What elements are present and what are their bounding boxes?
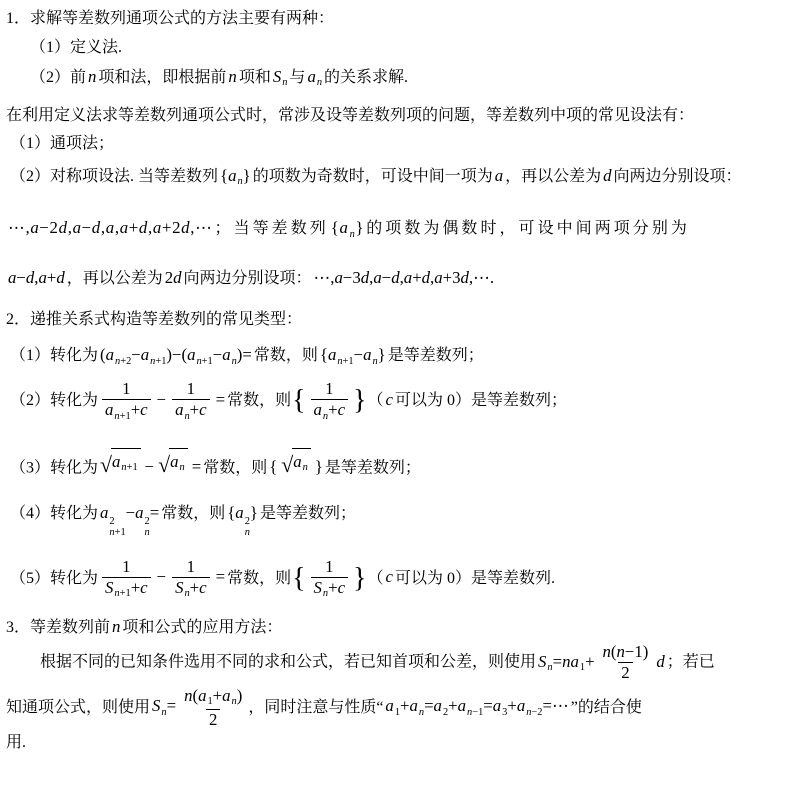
fraction-numerator: 1 <box>120 379 132 399</box>
math-token: )−( <box>166 345 187 364</box>
math-token: −1) <box>625 642 648 661</box>
math-token: ,⋯. <box>469 268 494 287</box>
math-expression: − <box>145 457 154 476</box>
application-line-2: 知通项公式，则使用Sn=n(a1+an)2，同时注意与性质“a1+an=a2+a… <box>6 686 782 730</box>
math-token: = <box>553 652 562 671</box>
math-token: + <box>129 218 139 237</box>
math-token: { <box>331 218 340 237</box>
math-token: + <box>507 696 516 715</box>
math-token: a <box>153 218 162 237</box>
fraction: 1an+c <box>172 379 210 423</box>
math-token: = <box>483 696 492 715</box>
math-expression: Sn= <box>152 696 176 715</box>
math-expression: n <box>228 67 236 86</box>
fraction: 1Sn+1+c <box>102 557 151 601</box>
application-line-1: 根据不同的已知条件选用不同的求和公式，若已知首项和公差，则使用Sn=na1+n(… <box>40 642 782 683</box>
math-token: c <box>140 578 147 597</box>
math-expression: {an} <box>220 166 251 185</box>
item-1-method-2: （2）前n项和法，即根据前n项和Sn与an的关系求解. <box>30 65 782 91</box>
math-token: a <box>458 696 466 715</box>
math-token: c <box>386 567 393 586</box>
math-expression: a−d,a+d <box>8 268 65 287</box>
text-run: 常数，则 <box>161 505 225 522</box>
math-token: − <box>131 345 140 364</box>
math-token: a <box>335 268 343 287</box>
math-token: a <box>73 218 82 237</box>
math-token: a <box>307 67 315 86</box>
math-token: a <box>170 452 178 471</box>
text-run: ；若已 <box>667 654 715 671</box>
text-run: 的关系求解. <box>324 69 408 86</box>
math-expression: a2n+1−a2n= <box>100 503 159 522</box>
math-token: c <box>338 400 345 419</box>
math-token: − <box>82 218 92 237</box>
fraction-numerator: 1 <box>323 379 335 399</box>
radicand: an+1 <box>111 448 141 476</box>
text-run: ，再以公差为 <box>505 168 601 185</box>
radical-expression: √an <box>158 448 188 476</box>
item-3-heading: 3．等差数列前n项和公式的应用方法： <box>6 615 782 639</box>
fraction-denominator: Sn+1+c <box>102 577 151 601</box>
text-run: （1）转化为 <box>10 347 98 364</box>
item-1-method-1: （1）定义法. <box>30 37 782 59</box>
math-expression: − <box>157 390 166 409</box>
math-token: n <box>180 462 185 473</box>
math-token: 1 <box>187 379 195 398</box>
big-brace: } <box>353 563 366 594</box>
math-token: +2 <box>120 356 131 367</box>
math-expression: d <box>656 652 664 671</box>
big-brace: { <box>292 563 305 594</box>
math-token: d <box>461 268 469 287</box>
text-run: （4）转化为 <box>10 505 98 522</box>
math-token: c <box>140 400 147 419</box>
subscript: n−2 <box>526 707 542 718</box>
math-token: } <box>356 218 365 237</box>
math-token: a <box>106 218 115 237</box>
math-token: = <box>424 696 433 715</box>
big-brace: { <box>292 385 305 416</box>
application-line-3: 用. <box>6 732 782 754</box>
math-token: S <box>314 578 322 597</box>
text-run: 向两边分别设项： <box>184 270 312 287</box>
math-expression: ⋯,a−3d,a−d,a+d,a+3d,⋯. <box>314 268 495 287</box>
math-expression: = <box>216 390 225 409</box>
text-run: 根据不同的已知条件选用不同的求和公式，若已知首项和公差，则使用 <box>40 654 536 671</box>
odd-terms-line: ⋯,a−2d,a−d,a,a+d,a+2d,⋯；当等差数列{an}的项数为偶数时… <box>6 216 782 242</box>
radical-expression: √an <box>281 448 311 476</box>
fraction-numerator: 1 <box>185 379 197 399</box>
math-token: S <box>152 696 160 715</box>
even-terms-line: a−d,a+d，再以公差为2d向两边分别设项：⋯,a−3d,a−d,a+d,a+… <box>6 266 782 290</box>
math-token: } <box>378 345 386 364</box>
text-run: （1）定义法. <box>30 39 122 56</box>
math-token: n <box>603 642 611 661</box>
math-token: + <box>328 578 337 597</box>
math-token: +1 <box>115 527 126 538</box>
math-token: + <box>585 652 594 671</box>
math-token: +2 <box>162 218 181 237</box>
fraction-denominator: an+c <box>172 399 210 423</box>
type-1: （1）转化为(an+2−an+1)−(an+1−an)=常数，则{an+1−an… <box>10 343 782 369</box>
math-token: a <box>495 166 503 185</box>
math-token: na <box>562 652 579 671</box>
math-token: + <box>213 686 222 705</box>
math-token: a <box>385 696 393 715</box>
text-run: 项和 <box>239 69 271 86</box>
math-token: −3 <box>343 268 361 287</box>
math-token: a <box>293 452 301 471</box>
math-token: = <box>167 696 176 715</box>
text-run: 常数，则 <box>203 459 267 476</box>
fraction: 1an+c <box>311 379 349 423</box>
text-run: 用. <box>6 734 26 751</box>
math-token: − <box>16 268 25 287</box>
text-run: ，再以公差为 <box>67 270 163 287</box>
math-token: } <box>250 503 258 522</box>
type-5: （5）转化为1Sn+1+c−1Sn+c=常数，则{1Sn+c}（c可以为 0）是… <box>10 557 782 601</box>
setup-method-2: （2）对称项设法. 当等差数列{an}的项数为奇数时，可设中间一项为a，再以公差… <box>10 164 782 190</box>
math-token: } <box>315 457 323 476</box>
text-run: 常数，则 <box>254 347 318 364</box>
text-run: 3．等差数列前 <box>6 619 110 636</box>
math-token: { <box>269 457 277 476</box>
text-run: 是等差数列； <box>325 459 421 476</box>
subscript: n <box>317 77 322 88</box>
math-token: +1 <box>202 356 213 367</box>
math-token: − <box>213 345 222 364</box>
math-expression: { <box>269 457 277 476</box>
text-run: 与 <box>289 69 305 86</box>
math-token: d <box>92 218 101 237</box>
math-token: c <box>386 390 393 409</box>
math-token: a <box>222 345 230 364</box>
math-token: ⋯, <box>8 218 30 237</box>
math-token: a <box>38 268 46 287</box>
math-expression: {an+1−an} <box>320 345 386 364</box>
text-run: 在利用定义法求等差数列通项公式时，常涉及设等差数列项的问题，等差数列中项的常见设… <box>6 107 694 124</box>
math-token: a <box>493 696 501 715</box>
fraction: 1Sn+c <box>311 557 349 601</box>
fraction-numerator: n(a1+an) <box>182 686 244 709</box>
text-run: （3）转化为 <box>10 459 98 476</box>
math-token: { <box>320 345 328 364</box>
fraction: n(a1+an)2 <box>182 686 244 730</box>
math-token: d <box>139 218 148 237</box>
math-expression: c <box>386 390 393 409</box>
text-run: （ <box>368 569 384 586</box>
type-4: （4）转化为a2n+1−a2n=常数，则{a2n}是等差数列； <box>10 501 782 538</box>
math-token: d <box>173 268 181 287</box>
math-token: a <box>235 503 243 522</box>
math-token: d <box>391 268 399 287</box>
math-token: n <box>245 527 250 538</box>
math-expression: } <box>315 457 323 476</box>
fraction-denominator: 2 <box>206 709 220 730</box>
math-token: +1 <box>120 411 131 422</box>
text-run: 的项数为奇数时，可设中间一项为 <box>253 168 493 185</box>
text-run: 可以为 0）是等差数列. <box>395 569 555 586</box>
math-token: a <box>135 503 143 522</box>
math-expression: Sn=na1+ <box>538 652 595 671</box>
item-1-heading: 1．求解等差数列通项公式的方法主要有两种： <box>6 8 782 30</box>
fraction: 1Sn+c <box>172 557 210 601</box>
math-token: a <box>363 345 371 364</box>
text-run: 2．递推关系式构造等差数列的常见类型： <box>6 311 302 328</box>
text-run: 是等差数列； <box>260 505 356 522</box>
text-run: 项和法，即根据前 <box>98 69 226 86</box>
math-token: ,⋯ <box>190 218 212 237</box>
math-token: a <box>175 400 183 419</box>
text-run: （2）前 <box>30 69 86 86</box>
math-token: ⋯, <box>314 268 335 287</box>
math-token: = <box>216 567 225 586</box>
text-run: （5）转化为 <box>10 569 98 586</box>
math-token: S <box>105 578 113 597</box>
math-token: +3 <box>443 268 461 287</box>
definition-note: 在利用定义法求等差数列通项公式时，常涉及设等差数列项的问题，等差数列中项的常见设… <box>6 105 782 127</box>
math-expression: 2d <box>165 268 182 287</box>
math-token: = <box>150 503 159 522</box>
math-expression: n <box>88 67 96 86</box>
math-token: − <box>145 457 154 476</box>
subscript: n+1 <box>150 356 166 367</box>
math-token: 2 <box>165 268 173 287</box>
text-run: （2）对称项设法. 当等差数列 <box>10 168 218 185</box>
type-3: （3）转化为√an+1−√an=常数，则{√an}是等差数列； <box>10 448 782 480</box>
math-token: a <box>228 166 236 185</box>
math-token: − <box>157 567 166 586</box>
math-token: d <box>59 218 68 237</box>
text-run: 可以为 0）是等差数列； <box>395 392 567 409</box>
subscript: n+1 <box>121 462 137 473</box>
math-token: + <box>448 696 457 715</box>
math-token: + <box>328 400 337 419</box>
math-token: d <box>56 268 64 287</box>
math-token: ) <box>237 686 243 705</box>
fraction-denominator: an+1+c <box>102 399 151 423</box>
math-token: + <box>131 400 140 419</box>
math-token: 2 <box>621 663 629 682</box>
text-run: 常数，则 <box>227 569 291 586</box>
text-run: 的项数为偶数时，可设中间两项分别为 <box>366 220 690 237</box>
fraction-numerator: n(n−1) <box>601 642 651 662</box>
math-token: d <box>361 268 369 287</box>
math-token: 2 <box>209 710 217 729</box>
math-token: −2 <box>531 707 542 718</box>
fraction-denominator: an+c <box>311 399 349 423</box>
math-token: a <box>187 345 195 364</box>
math-expression: (an+2−an+1)−(an+1−an)= <box>100 345 252 364</box>
math-token: 2 <box>109 516 114 527</box>
text-run: 1．求解等差数列通项公式的方法主要有两种： <box>6 10 334 27</box>
math-token: 1 <box>325 557 333 576</box>
math-token: a <box>517 696 525 715</box>
radicand: an <box>169 448 188 476</box>
math-token: +1 <box>120 588 131 599</box>
radical-expression: √an+1 <box>100 448 141 476</box>
text-run: ；当等差数列 <box>215 220 329 237</box>
math-token: a <box>141 345 149 364</box>
math-token: 1 <box>325 379 333 398</box>
math-expression: − <box>157 567 166 586</box>
math-token: c <box>338 578 345 597</box>
math-expression: an <box>307 67 322 86</box>
text-run: ，同时注意与性质“ <box>248 698 383 715</box>
math-token: + <box>131 578 140 597</box>
subscript: n+1 <box>337 356 353 367</box>
math-token: − <box>354 345 363 364</box>
math-token: a <box>112 452 120 471</box>
math-token: a <box>409 696 417 715</box>
math-token: a <box>373 268 381 287</box>
math-token: a <box>434 696 442 715</box>
text-run: （1）通项法； <box>10 135 114 152</box>
math-token: n <box>88 67 96 86</box>
subscript: n <box>180 462 185 473</box>
math-token: −2 <box>39 218 58 237</box>
fraction-numerator: 1 <box>120 557 132 577</box>
math-expression: ⋯,a−2d,a−d,a,a+d,a+2d,⋯ <box>8 218 213 237</box>
math-token: d <box>422 268 430 287</box>
math-token: − <box>157 390 166 409</box>
math-token: d <box>656 652 664 671</box>
math-token: d <box>26 268 34 287</box>
math-token: a <box>314 400 322 419</box>
math-token: +1 <box>343 356 354 367</box>
math-token: d <box>603 166 611 185</box>
text-run: 常数，则 <box>227 392 291 409</box>
fraction-numerator: 1 <box>185 557 197 577</box>
math-token: a <box>222 686 230 705</box>
math-token: } <box>243 166 251 185</box>
math-expression: a1+an=a2+an−1=a3+an−2=⋯ <box>385 696 568 715</box>
subscript: n <box>303 462 308 473</box>
math-token: a <box>100 503 108 522</box>
big-brace: } <box>353 385 366 416</box>
math-token: S <box>538 652 546 671</box>
math-token: = <box>216 390 225 409</box>
math-token: + <box>190 400 199 419</box>
math-token: n <box>303 462 308 473</box>
math-expression: = <box>216 567 225 586</box>
math-token: )= <box>237 345 252 364</box>
math-token: c <box>199 578 206 597</box>
math-token: c <box>199 400 206 419</box>
math-token: 1 <box>187 557 195 576</box>
math-expression: Sn <box>273 67 288 86</box>
math-token: a <box>328 345 336 364</box>
math-token: − <box>382 268 391 287</box>
document-content: 1．求解等差数列通项公式的方法主要有两种：（1）定义法.（2）前n项和法，即根据… <box>6 8 782 754</box>
math-expression: d <box>603 166 611 185</box>
fraction: 1an+1+c <box>102 379 151 423</box>
math-expression: {a2n} <box>227 503 258 522</box>
math-token: 1 <box>122 379 130 398</box>
math-expression: {an} <box>331 218 364 237</box>
subscript: n−1 <box>467 707 483 718</box>
setup-method-1: （1）通项法； <box>10 133 782 155</box>
math-token: − <box>126 503 135 522</box>
math-token: n <box>617 642 625 661</box>
text-run: ”的结合使 <box>571 698 642 715</box>
math-token: S <box>175 578 183 597</box>
math-expression: a <box>495 166 503 185</box>
type-2: （2）转化为1an+1+c−1an+c=常数，则{1an+c}（c可以为 0）是… <box>10 379 782 423</box>
math-token: a <box>120 218 129 237</box>
math-token: 1 <box>122 557 130 576</box>
math-token: n <box>228 67 236 86</box>
math-token: + <box>190 578 199 597</box>
math-token: a <box>105 400 113 419</box>
math-expression: c <box>386 567 393 586</box>
fraction-denominator: Sn+c <box>172 577 210 601</box>
math-token: + <box>47 268 56 287</box>
math-token: = <box>192 457 201 476</box>
fraction: n(n−1)2 <box>601 642 651 683</box>
math-token: =⋯ <box>542 696 568 715</box>
subscript: n+1 <box>196 356 212 367</box>
math-token: +1 <box>155 356 166 367</box>
math-token: a <box>340 218 349 237</box>
text-run: 向两边分别设项： <box>614 168 742 185</box>
text-run: （2）转化为 <box>10 392 98 409</box>
fraction-denominator: 2 <box>618 662 632 683</box>
math-token: −1 <box>472 707 483 718</box>
math-token: S <box>273 67 281 86</box>
math-token: n <box>145 527 150 538</box>
text-run: 项和公式的应用方法： <box>122 619 282 636</box>
math-token: n <box>317 77 322 88</box>
subscript: n+1 <box>114 588 130 599</box>
subscript: n+2 <box>115 356 131 367</box>
math-expression: n <box>112 617 120 636</box>
sup-sub-stack: 2n+1 <box>109 516 125 539</box>
text-run: 知通项公式，则使用 <box>6 698 150 715</box>
math-token: { <box>220 166 228 185</box>
radicand: an <box>292 448 311 476</box>
math-token: a <box>434 268 442 287</box>
math-token: n <box>282 77 287 88</box>
math-token: a <box>198 686 206 705</box>
item-2-heading: 2．递推关系式构造等差数列的常见类型： <box>6 309 782 331</box>
math-token: +1 <box>127 462 138 473</box>
math-token: a <box>106 345 114 364</box>
fraction-denominator: Sn+c <box>311 577 349 601</box>
math-token: a <box>404 268 412 287</box>
fraction-numerator: 1 <box>323 557 335 577</box>
text-run: （ <box>368 392 384 409</box>
text-run: 是等差数列； <box>388 347 484 364</box>
math-token: + <box>412 268 421 287</box>
subscript: n+1 <box>114 411 130 422</box>
math-expression: = <box>192 457 201 476</box>
math-token: n <box>112 617 120 636</box>
subscript: n <box>282 77 287 88</box>
math-token: d <box>181 218 190 237</box>
